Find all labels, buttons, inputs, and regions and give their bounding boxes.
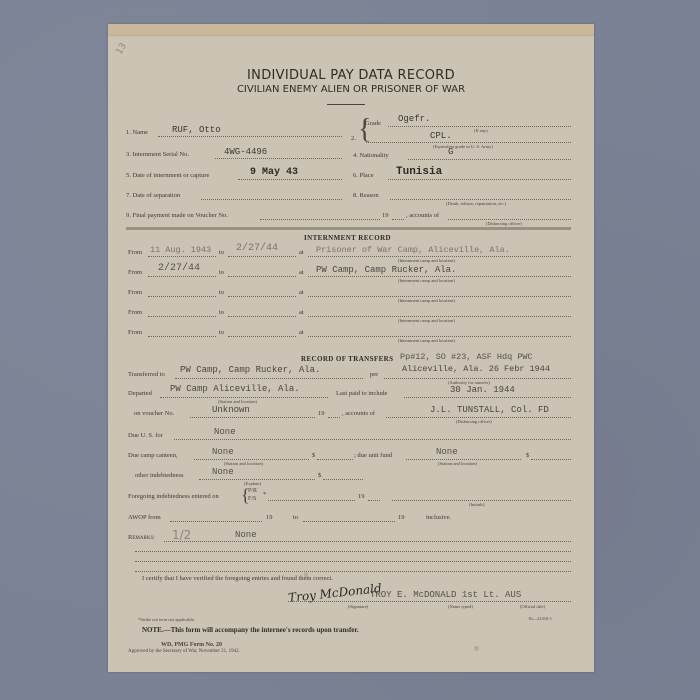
name-line: [158, 136, 342, 137]
initials-hint: (Initials): [469, 502, 485, 507]
remarks-line-4: [135, 571, 571, 572]
awop-from-line: [170, 521, 262, 522]
place-label: 6. Place: [353, 172, 374, 179]
internment-at-hint: (Internment camp and location): [398, 318, 455, 323]
equiv-grade-hint: (Equivalent grade in U. S. Army): [433, 144, 493, 149]
other-indebtedness-line: [199, 479, 315, 480]
serial-label: 3. Internment Serial No.: [126, 151, 189, 158]
place-line: [388, 179, 571, 180]
due-us-line: [174, 439, 571, 440]
internment-at-line: [308, 336, 571, 337]
last-paid-label: Last paid to include: [336, 390, 387, 397]
unit-fund-value: None: [436, 447, 458, 457]
internment-at-line: [308, 316, 571, 317]
departed-value: PW Camp Aliceville, Ala.: [170, 384, 300, 394]
canteen-station-hint: (Station and location): [224, 461, 263, 466]
other-indebtedness-label: other indebtedness: [135, 472, 184, 479]
form-title: INDIVIDUAL PAY DATA RECORD: [108, 68, 594, 83]
nationality-value: G: [448, 147, 453, 157]
internment-from-line: [148, 276, 216, 277]
other-dollar: $: [318, 472, 321, 479]
separation-date-line: [201, 199, 342, 200]
transfer-accounts-label: , accounts of: [342, 410, 375, 417]
internment-to-value: 2/27/44: [236, 243, 278, 254]
name-typed-hint: (Name typed): [448, 604, 473, 609]
per-label: per: [370, 371, 378, 378]
official-title-hint: (Official title): [520, 604, 545, 609]
internment-at-line: [308, 296, 571, 297]
internment-at-value: Prisoner of War Camp, Aliceville, Ala.: [316, 245, 510, 255]
internment-to-label: to: [219, 269, 224, 276]
typed-name: TROY E. McDONALD 1st Lt. AUS: [370, 590, 521, 600]
per-value: Aliceville, Ala. 26 Febr 1944: [402, 364, 550, 374]
canteen-dollar: $: [312, 452, 315, 459]
name-value: RUF, Otto: [172, 125, 221, 135]
internment-to-label: to: [219, 309, 224, 316]
internment-from-label: From: [128, 289, 142, 296]
last-paid-value: 30 Jan. 1944: [450, 385, 515, 395]
initials-line: [392, 500, 571, 501]
unit-fund-label: ; due unit fund: [354, 452, 392, 459]
transferred-to-value: PW Camp, Camp Rucker, Ala.: [180, 365, 320, 375]
canteen-value: None: [212, 447, 234, 457]
internment-at-hint: (Internment camp and location): [398, 278, 455, 283]
equiv-grade-value: CPL.: [430, 131, 452, 141]
paper-stain: [474, 646, 479, 651]
internment-at-label: at: [299, 269, 304, 276]
paper-stain: [304, 572, 308, 578]
foregoing-date-line: [268, 500, 355, 501]
voucher-value: Unknown: [212, 405, 250, 415]
transferred-to-line: [175, 378, 363, 379]
internment-to-label: to: [219, 249, 224, 256]
transfer-note: NOTE.—This form will accompany the inter…: [142, 626, 359, 634]
canteen-line: [194, 459, 309, 460]
internment-at-hint: (Internment camp and location): [398, 298, 455, 303]
grade-label: Grade: [365, 120, 381, 127]
due-us-label: Due U. S. for: [128, 432, 163, 439]
strike-out-note: *Strike out term not applicable.: [138, 617, 195, 622]
internment-from-label: From: [128, 249, 142, 256]
name-label: 1. Name: [126, 129, 148, 136]
awop-to-line: [303, 521, 395, 522]
final-payment-accounts-label: , accounts of: [406, 212, 439, 219]
serial-line: [215, 158, 342, 159]
grade-hint: (If any): [474, 128, 488, 133]
internment-record-heading: INTERNMENT RECORD: [304, 234, 391, 242]
remarks-label: Remarks:: [128, 534, 155, 541]
internment-at-label: at: [299, 309, 304, 316]
per-line: [384, 378, 571, 379]
unit-fund-line: [406, 459, 521, 460]
transfer-accounts-line: [386, 417, 571, 418]
grade-line: [388, 126, 571, 127]
pay-data-record-form: 13 INDIVIDUAL PAY DATA RECORD CIVILIAN E…: [108, 24, 594, 672]
signature-hint: (Signature): [348, 604, 368, 609]
awop-to-label: to: [293, 514, 298, 521]
internment-to-line: [228, 336, 296, 337]
transfer-year-line: [328, 417, 340, 418]
final-payment-year-line: [392, 219, 404, 220]
unit-fund-station-hint: (Station and location): [438, 461, 477, 466]
disbursing-hint: (Disbursing officer): [456, 419, 492, 424]
reason-line: [390, 199, 571, 200]
internment-at-hint: (Internment camp and location): [398, 338, 455, 343]
last-paid-line: [404, 397, 571, 398]
capture-date-value: 9 May 43: [250, 167, 298, 178]
internment-to-line: [228, 256, 296, 257]
remarks-line-3: [135, 561, 571, 562]
corner-pencil-mark: 13: [115, 42, 129, 57]
form-number: WD, PMG Form No. 20: [161, 642, 222, 648]
other-amount-line: [323, 479, 363, 480]
internment-at-value: PW Camp, Camp Rucker, Ala.: [316, 265, 456, 275]
canteen-label: Due camp canteen,: [128, 452, 178, 459]
fs-option: F/S: [248, 496, 256, 502]
internment-to-line: [228, 276, 296, 277]
awop-label: AWOP from: [128, 514, 161, 521]
nationality-label: 4. Nationality: [353, 152, 389, 159]
separation-date-label: 7. Date of separation: [126, 192, 180, 199]
internment-from-line: [148, 256, 216, 257]
internment-at-label: at: [299, 249, 304, 256]
reason-hint: (Death, release, repatriation, etc.): [446, 201, 506, 206]
foregoing-asterisk: *: [263, 491, 266, 498]
other-indebtedness-value: None: [212, 467, 234, 477]
voucher-line: [190, 417, 315, 418]
remarks-line-1: [164, 541, 571, 542]
transfers-heading: RECORD OF TRANSFERS: [301, 355, 393, 363]
departed-line: [160, 397, 328, 398]
payroll-option: P/R: [248, 488, 257, 494]
station-hint: (Station and location): [218, 399, 257, 404]
canteen-amount-line: [317, 459, 353, 460]
internment-from-line: [148, 316, 216, 317]
transfer-year-label: 19: [318, 410, 325, 417]
serial-value: 4WG-4496: [224, 147, 267, 157]
reason-label: 8. Reason: [353, 192, 379, 199]
form-subtitle: CIVILIAN ENEMY ALIEN OR PRISONER OF WAR: [108, 84, 594, 95]
departed-label: Departed: [128, 390, 152, 397]
unit-fund-dollar: $: [526, 452, 529, 459]
internment-at-label: at: [299, 329, 304, 336]
nationality-line: [408, 159, 571, 160]
internment-from-label: From: [128, 269, 142, 276]
internment-at-line: [308, 256, 571, 257]
voucher-label: on voucher No.: [134, 410, 174, 417]
transfer-authority-line1: Pp#12, SO #23, ASF Hdq PWC: [400, 352, 533, 362]
section-divider: [126, 227, 571, 230]
final-payment-accounts-line: [448, 219, 571, 220]
internment-at-line: [308, 276, 571, 277]
internment-from-value: 11 Aug. 1943: [150, 245, 211, 255]
internment-to-line: [228, 296, 296, 297]
awop-inclusive: inclusive.: [426, 514, 451, 521]
internment-from-label: From: [128, 329, 142, 336]
due-us-value: None: [214, 427, 236, 437]
place-value: Tunisia: [396, 166, 442, 178]
remarks-line-2: [135, 551, 571, 552]
title-divider: [327, 104, 365, 105]
internment-from-label: From: [128, 309, 142, 316]
signature-line: [288, 601, 571, 602]
foregoing-label: Foregoing indebtedness entered on: [128, 493, 219, 500]
remarks-pencil-mark: 1/2: [172, 528, 191, 542]
final-payment-year: 19: [382, 212, 389, 219]
capture-date-label: 5. Date of internment or capture: [126, 172, 209, 179]
grade-number: 2.: [351, 135, 356, 142]
internment-to-label: to: [219, 289, 224, 296]
internment-from-line: [148, 336, 216, 337]
internment-to-line: [228, 316, 296, 317]
awop-year2: 19: [398, 514, 405, 521]
internment-at-label: at: [299, 289, 304, 296]
final-payment-label: 9. Final payment made on Voucher No.: [126, 212, 228, 219]
awop-year1: 19: [266, 514, 273, 521]
unit-fund-amount-line: [531, 459, 571, 460]
internment-from-value: 2/27/44: [158, 263, 200, 274]
capture-date-line: [238, 179, 342, 180]
grade-value: Ogefr.: [398, 114, 430, 124]
equiv-grade-line: [366, 142, 571, 143]
internment-at-hint: (Internment camp and location): [398, 258, 455, 263]
remarks-value: None: [235, 530, 257, 540]
approval-line: Approved by the Secretary of War, Novemb…: [128, 649, 240, 654]
transferred-to-label: Transferred to: [128, 371, 165, 378]
foregoing-year-line: [368, 500, 380, 501]
foregoing-year: 19: [358, 493, 365, 500]
internment-to-label: to: [219, 329, 224, 336]
internment-from-line: [148, 296, 216, 297]
print-code: 16—21410-1: [528, 616, 552, 621]
transfer-accounts-value: J.L. TUNSTALL, Col. FD: [430, 405, 549, 415]
final-payment-voucher-line: [260, 219, 380, 220]
final-payment-hint: (Disbursing officer): [486, 221, 522, 226]
